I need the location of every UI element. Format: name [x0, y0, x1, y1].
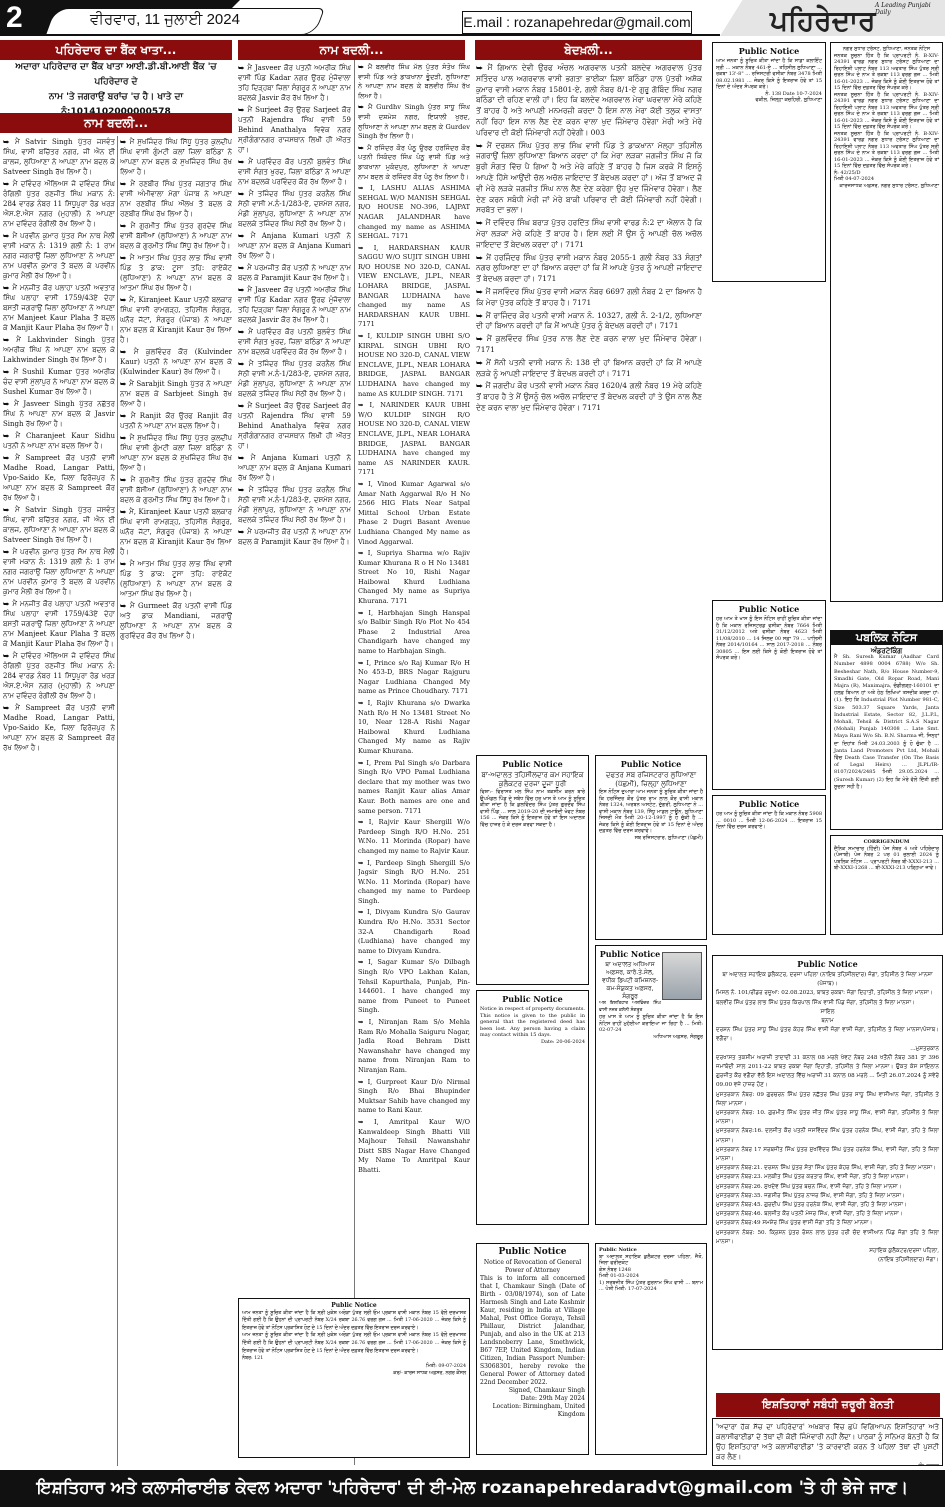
list-item: ਮੁਸਤਰਕਾਨ ਨੰਬਰ: 09 ਗੁਰਚਰਨ ਸਿੰਘ ਪੁੱਤਰ ਨਛੱਤ…	[716, 1091, 939, 1109]
eviction-column: ➥ ਮੈਂ ਗਿਆਨ ਦੇਵੀ ਉਰਫ ਅੰਚਲ ਅਗਰਵਾਲ ਪਤਨੀ ਬਲਦ…	[476, 63, 702, 735]
notice-date: Date: 29th May 2024	[480, 1395, 585, 1403]
list-item: ➥ ਮੈਂ ਸੁਖਜਿੰਦਰ ਸਿੰਘ ਸਿੱਧੂ ਪੁੱਤਰ ਕੁਲਦੀਪ ਸ…	[120, 137, 232, 177]
list-item: ➥ I, Niranjan Ram S/o Mehla Ram R/o Moha…	[358, 1018, 470, 1076]
list-item: ➥ ਮੈਂ ਤਜਿੰਦਰ ਸਿੰਘ ਪੁੱਤਰ ਕਰਨੈਲ ਸਿੰਘ ਸੇਠੀ …	[238, 189, 351, 229]
notice-body: ਆਮ ਜਨਤਾ ਨੂੰ ਸੂਚਿਤ ਕੀਤਾ ਜਾਂਦਾ ਹੈ ਕਿ ਸ੍ਰੀ …	[242, 1310, 466, 1333]
list-item: ➥ I, KULDIP SINGH UBHI S/O KIRPAL SINGH …	[358, 332, 470, 399]
header-email[interactable]: E.mail : rozanapehredar@gmail.com	[462, 11, 692, 34]
list-item: ➥ ਮੈਂ Ranjit ਕੌਰ ਉਰਫ Ranjit ਕੌਰ ਪਤਨੀ ਨੇ …	[120, 411, 232, 431]
notice-body: ਜਨਤਕ ਸੂਚਨਾ ਹਿੱਤ ਹੈ ਕਿ ਪ੍ਰਾਪਰਟੀ ਨੰ. B-XIV…	[834, 53, 939, 92]
tagline: A Leading Punjabi Daily	[875, 2, 945, 16]
name-change-heading-2: ਨਾਮ ਬਦਲੀ...	[238, 40, 465, 60]
list-item: ➥ ਮੈਂ ਮਨਜੀਤ ਕੌਰ ਪਲਾਹਾ ਪਤਨੀ ਅਵਤਾਰ ਸਿੰਘ ਪਲ…	[3, 599, 115, 649]
list-item: ➥ ਮੈਂ ਸੁਖਜਿੰਦਰ ਸਿੰਘ ਸਿੱਧੂ ਪੁੱਤਰ ਕੁਲਦੀਪ ਸ…	[120, 433, 232, 473]
list-item: ➥ I, LASHU ALIAS ASHIMA SEHGAL W/O MANIS…	[358, 184, 470, 242]
list-item: ➥ I, Amritpal Kaur W/O Kanwaldeep Singh …	[358, 1118, 470, 1176]
notice-case: ਮਿਸਲ ਨੰ. 101/ਰੀਡਰ ਰਜੂਆ: 02.08.2023, ਬਾਬਤ…	[716, 989, 939, 998]
notice-body: ਮੈਂ Sh. Suresh Kumar (Aadhar Card Number…	[834, 654, 939, 791]
list-item: ➥ ਮੈਂ ਆਤਮ ਸਿੰਘ ਪੁੱਤਰ ਲਾਭ ਸਿੰਘ ਵਾਸੀ ਪਿੰਡ …	[120, 253, 232, 293]
eviction-heading: ਬੇਦਖ਼ਲੀ...	[475, 40, 702, 60]
list-item: ➥ ਮੈਂ Jasveer ਕੌਰ ਪਤਨੀ ਅਮਰੀਕ ਸਿੰਘ ਵਾਸੀ ਪ…	[238, 285, 351, 325]
list-item: ➥ ਮੈਂ ਕੁਲਵਿੰਦਰ ਸਿੰਘ ਪੁੱਤਰ ਨਾਲ ਲੈਣ ਦੇਣ ਕਰ…	[476, 334, 702, 356]
bank-section-heading: ਪਹਿਰੇਦਾਰ ਦਾ ਬੈਂਕ ਖਾਤਾ...	[0, 40, 232, 60]
list-item: ਮੁਸਤਰਕਾਨ ਨੰਬਰ:45. ਗੁਰਦੀਪ ਸਿੰਘ ਪੁੱਤਰ ਹਰਨੇ…	[716, 1201, 939, 1210]
notice-body: ਵਿਸ਼ਾ:- ਵਿਰਾਸਤ ਮਲ ਸਿੰਘ ਨਾਮ ਤਕਸੀਮ ਕਰਨ ਬਾਰ…	[480, 789, 585, 828]
notice-signature: ਸਹਾਇਕ ਕੁਲੈਕਟਰ/ਦਰਜਾ ਪਹਿਲਾ,	[716, 1247, 939, 1256]
list-item: ➥ ਮੈਂ ਰਾਜਿੰਦਰ ਕੌਰ ਪਤਨੀ ਵਾਸੀ ਮਕਾਨ ਨੰ. 103…	[476, 311, 702, 333]
corrigendum-notice: CORRIGENDUM ਦੈਨਿਕ ਸਮਾਚਾਰ (ਹਿੰਦੀ) ਪੇਜ ਨੰਬ…	[830, 835, 943, 935]
notice-applicant: ਬਲਵੀਰ ਸਿੰਘ ਪੁੱਤਰ ਲਾਭ ਸਿੰਘ ਪੁੱਤਰ ਕਿਰਪਾਲ ਸ…	[716, 999, 939, 1008]
advice-box: 'ਅਦਾਰਾ ਹੱਕ ਸੱਚ ਦਾ ਪਹਿਰੇਦਾਰ' ਅਖ਼ਬਾਰ ਵਿੱਚ …	[712, 1418, 943, 1466]
public-notice-right-top: Public Notice ਆਮ ਜਨਤਾ ਨੂੰ ਸੂਚਿਤ ਕੀਤਾ ਜਾਂ…	[712, 42, 826, 282]
list-item: ➥ I, Prem Pal Singh s/o Darbara Singh R/…	[358, 759, 470, 817]
list-item: ➥ ਮੈਂ ਪਰਵਿੰਦਰ ਕੌਰ ਪਤਨੀ ਬੁਲਵੰਤ ਸਿੰਘ ਵਾਸੀ …	[238, 157, 351, 187]
notice-title: Public Notice	[599, 759, 703, 769]
list-item: ➥ ਮੈਂ ਤਜਿੰਦਰ ਸਿੰਘ ਪੁੱਤਰ ਕਰਨੈਲ ਸਿੰਘ ਸੇਠੀ …	[238, 485, 351, 525]
list-item: ➥ ਮੈਂ ਤਜਿੰਦਰ ਸਿੰਘ ਪੁੱਤਰ ਕਰਨੈਲ ਸਿੰਘ ਸੇਠੀ …	[238, 359, 351, 399]
list-item: ➥ ਮੈਂ ਹਰਜਿੰਦਰ ਸਿੰਘ ਪੁੱਤਰ ਵਾਸੀ ਮਕਾਨ ਨੰਬਰ …	[476, 253, 702, 285]
notice-body: ਆਮ ਜਨਤਾ ਨੂੰ ਸੂਚਿਤ ਕੀਤਾ ਜਾਂਦਾ ਹੈ ਕਿ ਸ੍ਰੀ …	[242, 1332, 466, 1355]
notice-subtitle: ਦਫਤਰ ਸਬ ਰਜਿਸਟਰਾਰ ਲੁਧਿਆਣਾ (ਪੱਛਮੀ), ਜ਼ਿਲ੍ਹ…	[599, 771, 703, 789]
public-notice-mansa: Public Notice ਬਾ ਅਦਾਲਤ ਸਹਾਇਕ ਕੁਲੈਕਟਰ, ਦਰ…	[712, 955, 943, 1350]
notice-body: ਜਨਤਕ ਸੂਚਨਾ ਹਿੱਤ ਹੈ ਕਿ ਪ੍ਰਾਪਰਟੀ ਨੰ. B-XIV…	[834, 92, 939, 131]
notice-photo	[662, 952, 702, 1000]
column-divider	[354, 60, 355, 1465]
notice-subtitle: ਬਾ ਅਦਾਲਤ ਸਹਾਇਕ ਕੁਲੈਕਟਰ, ਦਰਜਾ ਪਹਿਲਾ (ਨਾਇਬ…	[716, 971, 939, 989]
list-item: ➥ ਮੈਂ ਰਜਿੰਦਰ ਕੌਰ ਪੰਨੂ ਉਰਫ ਹਰਜਿੰਦਰ ਕੌਰ ਪਤ…	[358, 144, 470, 182]
list-item: ➥ ਮੈਂ ਰਣਬੀਰ ਸਿੰਘ ਪੁੱਤਰ ਜਗਤਾਰ ਸਿੰਘ ਵਾਸੀ ਅ…	[120, 179, 232, 219]
list-item: ➥ I, Prince s/o Raj Kumar R/o H No 453-D…	[358, 659, 470, 697]
notice-signature: (ਨਾਇਬ ਤਹਿਸੀਲਦਾਰ) ਜੋਗਾ।	[716, 1256, 939, 1265]
list-item: ➥ ਮੈਂ ਬਲਵੀਰ ਸਿੰਘ ਮੱਲ ਪੁੱਤਰ ਸੰਤੋਖ ਸਿੰਘ ਵਾ…	[358, 63, 470, 101]
list-item: ➥ ਮੈਂ ਗੁਰਮੀਤ ਸਿੰਘ ਪੁੱਤਰ ਗੁਰਦੇਵ ਸਿੰਘ ਵਾਸੀ…	[120, 475, 232, 505]
list-item: ਮੁਸਤਰਕਾਨ ਨੰਬਰ 17 ਸਰਬਜੀਤ ਸਿੰਘ ਪੁੱਤਰ ਸੁਖਵਿ…	[716, 1146, 939, 1164]
notice-signature: ਵਕੀਲ, ਜ਼ਿਲ੍ਹਾ ਕਚਹਿਰੀ, ਲੁਧਿਆਣਾ	[716, 97, 822, 104]
list-item: ➥ I, Pardeep Singh Shergill S/o Jagsir S…	[358, 859, 470, 907]
list-item: ➥ ਮੈਂ ਪਰਵਿੰਦਰ ਕੌਰ ਪਤਨੀ ਬੁਲਵੰਤ ਸਿੰਘ ਵਾਸੀ …	[238, 327, 351, 357]
list-item: ➥ I, Rajvir Kaur Shergill W/o Pardeep Si…	[358, 818, 470, 856]
list-item: ➥ ਮੈਂ ਗਿਆਨ ਦੇਵੀ ਉਰਫ ਅੰਚਲ ਅਗਰਵਾਲ ਪਤਨੀ ਬਲਦ…	[476, 63, 702, 139]
list-item: ➥ ਮੈਂ Surjeet ਕੌਰ ਉਰਫ Sarjeet ਕੌਰ ਪਤਨੀ R…	[238, 105, 351, 155]
notice-title: Public Notice	[716, 604, 822, 614]
list-item: ➥ I, Rajiv Khurana s/o Dwarka Nath R/o H…	[358, 699, 470, 757]
list-item: ਮੁਸਤਰਕਾਨ ਨੰਬਰ:23. ਮਲਕੀਤ ਸਿੰਘ ਪੁੱਤਰ ਕਰਤਾਰ…	[716, 1173, 939, 1182]
bank-line-1: ਅਦਾਰਾ ਪਹਿਰੇਦਾਰ ਦਾ ਬੈਂਕ ਖਾਤਾ ਆਈ.ਡੀ.ਬੀ.ਆਈ …	[0, 60, 232, 90]
list-item: ➥ I, Supriya Sharma w/o Rajiv Kumar Khur…	[358, 549, 470, 607]
notice-location: Location: Birmingham, United Kingdom	[480, 1403, 585, 1419]
issue-date: ਵੀਰਵਾਰ, 11 ਜੁਲਾਈ 2024	[90, 11, 240, 28]
column-divider	[117, 136, 118, 1466]
list-item: ➥ I, NARINDER KAUR UBHI W/O KULDIP SINGH…	[358, 401, 470, 478]
newspaper-logo: ਪਹਿਰੇਦਾਰ	[770, 4, 876, 38]
advice-body: 'ਅਦਾਰਾ ਹੱਕ ਸੱਚ ਦਾ ਪਹਿਰੇਦਾਰ' ਅਖ਼ਬਾਰ ਵਿੱਚ …	[716, 1422, 939, 1462]
notice-signature: ਕਾਰਜਸਾਧਕ ਅਫ਼ਸਰ, ਨਗਰ ਸੁਧਾਰ ਟਰੱਸਟ, ਲੁਧਿਆਣਾ	[834, 183, 939, 190]
list-item: ➥ ਮੈਂ ਪਰਵੀਨ ਕੁਮਾਰ ਪੁੱਤਰ ਸੋਮ ਨਾਥ ਮੈਲੀ ਵਾਸ…	[3, 547, 115, 597]
notice-title: Public Notice	[480, 759, 585, 769]
list-item: ➥ ਮੈਂ ਆਤਮ ਸਿੰਘ ਪੁੱਤਰ ਲਾਭ ਸਿੰਘ ਵਾਸੀ ਪਿੰਡ …	[120, 559, 232, 599]
list-item: ➥ ਮੈਂ Anjana Kumari ਪਤਨੀ ਨੇ ਆਪਣਾ ਨਾਮ ਬਦਲ…	[238, 453, 351, 483]
list-item: ➥ ਮੈਂ Lakhvinder Singh ਪੁੱਤਰ ਅਮਰੀਕ ਸਿੰਘ …	[3, 335, 115, 365]
list-item: ਮੁਸਤਰਕਾਨ ਨੰਬਰ:35. ਜਗਸੀਰ ਸਿੰਘ ਪੁੱਤਰ ਨਾਜਰ …	[716, 1192, 939, 1201]
public-notice-jaito: Public Notice ਬਾ ਅਦਾਲਤ ਸਹਾਇਕ ਕੁਲੈਕਟਰ ਦਰਜ…	[595, 1243, 707, 1455]
photo-caption: ਅਸ਼ ਇਸ਼ਤਿਹਾਰ ਅਸ਼ਵਿੰਦਰ ਸਿੰਘ ਵਾਸੀ ਨਜ਼ਰ ਕਲੋ…	[599, 1001, 703, 1014]
list-item: ਮੁਸਤਰਕਾਨ ਨੰਬਰ:16. ਦਲਜੀਤ ਕੌਰ ਪਤਨੀ ਜਸਵਿੰਦਰ…	[716, 1127, 939, 1145]
list-item: ➥ ਮੈਂ ਦਵਿੰਦਰ ਔਲਿਅਸ ਜੋ ਦਵਿੰਦਰ ਸਿੰਘ ਰੰਗਿਲੀ…	[3, 179, 115, 229]
list-item: ➥ ਮੈਂ ਪਰਵੀਨ ਕੁਮਾਰ ਪੁੱਤਰ ਸੋਮ ਨਾਥ ਮੈਲੀ ਵਾਸ…	[3, 231, 115, 281]
list-item: ➥ ਮੈਂ Gurdhv Singh ਪੁੱਤਰ ਸਾਧੂ ਸਿੰਘ ਵਾਸੀ …	[358, 103, 470, 141]
notice-body: ਹਰ ਆਮ ਨੂੰ ਸੂਚਿਤ ਕੀਤਾ ਜਾਂਦਾ ਹੈ ਕਿ ਮਕਾਨ ਨੰ…	[716, 811, 822, 831]
notice-body: ਦਰਖਾਸਤ ਤਕਸੀਮ ਅਰਾਜ਼ੀ ਤਾਦਾਦੀ 31 ਕਨਾਲ 08 ਮਰ…	[716, 1054, 939, 1091]
list-item: ➥ ਮੈਂ Anjana Kumari ਪਤਨੀ ਨੇ ਆਪਣਾ ਨਾਮ ਬਦਲ…	[238, 231, 351, 261]
notice-body: ਇਸ ਨੋਟਿਸ ਦੁਆਰਾ ਆਮ ਜਨਤਾ ਨੂੰ ਸੂਚਿਤ ਕੀਤਾ ਜਾ…	[599, 789, 703, 835]
public-notice-improvement-trust: ਨਗਰ ਸੁਧਾਰ ਟਰੱਸਟ, ਲੁਧਿਆਣਾ, ਜਨਤਕ ਨੋਟਿਸ ਜਨਤ…	[830, 42, 943, 602]
list-item: ਮੁਸਤਰਕਾਨ ਨੰਬਰ:49 ਸਮਸ਼ੇਰ ਸਿੰਘ ਪੁੱਤਰ ਵਾਸੀ …	[716, 1219, 939, 1228]
list-item: ➥ ਮੈਂ ਜਸਵਿੰਦਰ ਸਿੰਘ ਪੁੱਤਰ ਵਾਸੀ ਮਕਾਨ ਨੰਬਰ …	[476, 287, 702, 309]
notice-signature: ਅਧਿਆਸ ਅਫ਼ਸਰ, ਸੰਗਰੂਰ	[599, 1034, 703, 1041]
list-item: ਮੁਸਤਰਕਾਨ ਨੰਬਰ:46. ਬਲਜੀਤ ਕੌਰ ਪਤਨੀ ਮੇਜਰ ਸਿ…	[716, 1210, 939, 1219]
notice-band: ਪਬਲਿਕ ਨੋਟਿਸ	[831, 631, 942, 645]
advice-signature: ਸੰਪਾਦਕ	[716, 1462, 939, 1466]
list-item: ➥ I, Vinod Kumar Agarwal s/o Amar Nath A…	[358, 480, 470, 547]
notice-ref: ਨੰਬਰ: 121	[242, 1355, 466, 1363]
public-notice-long: Public Notice ਆਮ ਜਨਤਾ ਨੂੰ ਸੂਚਿਤ ਕੀਤਾ ਜਾਂ…	[238, 1298, 470, 1458]
list-item: ➥ I, Gurpreet Kaur D/o Nirmal Singh R/o …	[358, 1078, 470, 1116]
notice-body: ਹਰ ਖਾਸ ਤੇ ਆਮ ਨੂੰ ਸੂਚਿਤ ਕੀਤਾ ਜਾਂਦਾ ਹੈ ਕਿ …	[599, 1014, 703, 1034]
list-item: ➥ I, Sagar Kumar S/o Dilbagh Singh R/o V…	[358, 958, 470, 1016]
list-item: ਮੁਸਤਰਕਾਨ ਨੰਬਰ: 10. ਗੁਰਮੀਤ ਸਿੰਘ ਪੁੱਤਰ ਜੀਤ…	[716, 1109, 939, 1127]
list-item: ਮੁਸਤਰਕਾਨ ਨੰਬਰ:21. ਦਰਸ਼ਨ ਸਿੰਘ ਪੁੱਤਰ ਸੰਤਾ …	[716, 1164, 939, 1173]
notice-respondent: ਦਰਸ਼ਨ ਸਿੰਘ ਪੁੱਤਰ ਸਾਧੂ ਸਿੰਘ ਪੁੱਤਰ ਕੇਹਰ ਸਿ…	[716, 1026, 939, 1044]
list-item: ➥ ਮੈਂ ਮਨਜੀਤ ਕੌਰ ਪਲਾਹਾ ਪਤਨੀ ਅਵਤਾਰ ਸਿੰਘ ਪਲ…	[3, 283, 115, 333]
list-item: ➥ ਮੈਂ Gurmeet ਕੌਰ ਪਤਨੀ ਵਾਸੀ ਪਿੰਡ ਅਤੇ ਡਾਕ…	[120, 601, 232, 641]
notice-body: This is to inform all concerned that I, …	[480, 1275, 585, 1387]
notice-respondent-label: ...ਮੁਸਤਰਕਾਨ	[716, 1045, 939, 1054]
notice-title: Public Notice	[716, 799, 822, 809]
list-item: ➥ ਮੈਂ, Kiranjeet Kaur ਪਤਨੀ ਬਲਕਾਰ ਸਿੰਘ ਵਾ…	[120, 295, 232, 345]
notice-body: Notice in respect of property documents.…	[480, 1006, 585, 1039]
list-item: ➥ ਮੈਂ Charanjeet Kaur Sidhu ਪਤਨੀ ਨੇ ਆਪਣਾ…	[3, 431, 115, 451]
notice-title: Public Notice	[716, 959, 939, 969]
list-item: ➥ ਮੈਂ ਦਵਿੰਦਰ ਸਿੰਘ ਬਰਾੜ ਪੁੱਤਰ ਹਰਦਿੱਤ ਸਿੰਘ…	[476, 218, 702, 250]
list-item: ➥ ਮੈਂ Sampreet ਕੌਰ ਪਤਨੀ ਵਾਸੀ Madhe Road,…	[3, 453, 115, 503]
notice-signature: ਕਰ/- ਕਾਰਜ ਸਾਧਕ ਅਫ਼ਸਰ, ਨਗਰ ਕੌਂਸਲ	[242, 1370, 466, 1378]
notice-versus: ਬਨਾਮ	[716, 1017, 939, 1026]
list-item: ➥ ਮੈਂ Sarabjit Singh ਪੁੱਤਰ ਨੇ ਆਪਣਾ ਨਾਮ ਬ…	[120, 379, 232, 409]
notice-subtitle: ਬਾ ਅਦਾਲਤ ਸਹਾਇਕ ਕੁਲੈਕਟਰ ਦਰਜਾ ਪਹਿਲਾ, ਜੈਤੋ,…	[599, 1254, 703, 1267]
name-change-column-1: ➥ ਮੈਂ Satvir Singh ਪੁੱਤਰ ਜਸਵੰਤ ਸਿੰਘ, ਵਾਸ…	[3, 137, 115, 1467]
notice-applicant-label: ਸਾਇਲ	[716, 1008, 939, 1017]
list-item: ➥ ਮੈਂ Satvir Singh ਪੁੱਤਰ ਜਸਵੰਤ ਸਿੰਘ, ਵਾਸ…	[3, 505, 115, 545]
list-item: ➥ ਮੈਂ Jasveer Singh ਪੁੱਤਰ ਨਛੱਤਰ ਸਿੰਘ ਨੇ …	[3, 399, 115, 429]
public-notice-tehsildar: Public Notice ਬਾ-ਅਦਾਲਤ ਤਹਿਸੀਲਦਾਰ ਕਮ ਸਹਾਇ…	[476, 755, 589, 985]
name-change-column-4: ➥ ਮੈਂ ਬਲਵੀਰ ਸਿੰਘ ਮੱਲ ਪੁੱਤਰ ਸੰਤੋਖ ਸਿੰਘ ਵਾ…	[358, 63, 470, 1293]
notice-subtitle: Notice of Revocation of General Power of…	[480, 1259, 585, 1275]
list-item: ➥ ਮੈਂ Sushil Kumar ਪੁੱਤਰ ਅਮਰੀਕ ਚੰਦ ਵਾਸੀ …	[3, 367, 115, 397]
list-item: ➥ ਮੈਂ Surjeet ਕੌਰ ਉਰਫ Sarjeet ਕੌਰ ਪਤਨੀ R…	[238, 401, 351, 451]
notice-date: Date: 20-06-2024	[480, 1039, 585, 1046]
list-item: ➥ ਮੈਂ ਕੁਲਵਿੰਦਰ ਕੌਰ (Kulvinder Kaur) ਪਤਨੀ…	[120, 347, 232, 377]
list-item: ➥ ਮੈਂ ਜਗਦੀਪ ਕੌਰ ਪਤਨੀ ਵਾਸੀ ਮਕਾਨ ਨੰਬਰ 1620…	[476, 381, 702, 413]
public-notice-small: Public Notice ਹਰ ਆਮ ਨੂੰ ਸੂਚਿਤ ਕੀਤਾ ਜਾਂਦਾ…	[712, 795, 826, 935]
notice-body: ਦੈਨਿਕ ਸਮਾਚਾਰ (ਹਿੰਦੀ) ਪੇਜ ਨੰਬਰ 4 ਅਤੇ ਪਹਿਰ…	[834, 846, 939, 872]
public-notice-right-2: Public Notice ਹਰ ਆਮ ਤੇ ਖਾਸ ਨੂੰ ਇਸ ਨੋਟਿਸ …	[712, 600, 826, 790]
list-item: ਮੁਸਤਰਕਾਨ ਨੰਬਰ: 50. ਕ੍ਰਿਸ਼ਨ ਪੁੱਤਰ ਰੋਸ਼ਨ ਲ…	[716, 1229, 939, 1247]
advice-heading: ਇਸ਼ਤਿਹਾਰਾਂ ਸਬੰਧੀ ਜ਼ਰੂਰੀ ਬੇਨਤੀ	[716, 1393, 940, 1417]
list-item: ➥ ਮੈਂ ਸੋਨੀ ਪਤਨੀ ਵਾਸੀ ਮਕਾਨ ਨੰ: 138 ਦੀ ਹਾਂ…	[476, 358, 702, 380]
notice-title: Public Notice	[242, 1302, 466, 1310]
list-item: ➥ ਮੈਂ, Kiranjeet Kaur ਪਤਨੀ ਬਲਕਾਰ ਸਿੰਘ ਵਾ…	[120, 507, 232, 557]
list-item: ➥ ਮੈਂ ਦਵਿੰਦਰ ਔਲਿਅਸ ਜੋ ਦਵਿੰਦਰ ਸਿੰਘ ਰੰਗਿਲੀ…	[3, 651, 115, 701]
notice-subtitle: ਬਾ-ਅਦਾਲਤ ਤਹਿਸੀਲਦਾਰ ਕਮ ਸਹਾਇਕ ਕੁਲੈਕਟਰ ਦਰਜਾ…	[480, 771, 585, 789]
list-item: ➥ ਮੈਂ Sampreet ਕੌਰ ਪਤਨੀ ਵਾਸੀ Madhe Road,…	[3, 703, 115, 753]
notice-date: ਮਿਤੀ: 09-07-2024	[242, 1363, 466, 1371]
list-item: ➥ ਮੈਂ ਪਰਮਜੀਤ ਕੌਰ ਪਤਨੀ ਨੇ ਆਪਣਾ ਨਾਮ ਬਦਲ ਕੇ…	[238, 527, 351, 547]
list-item: ➥ I, Divyam Kundra S/o Gaurav Kundra R/o…	[358, 908, 470, 956]
list-item: ➥ ਮੈਂ Jasveer ਕੌਰ ਪਤਨੀ ਅਮਰੀਕ ਸਿੰਘ ਵਾਸੀ ਪ…	[238, 63, 351, 103]
notice-body: ਹਰ ਆਮ ਤੇ ਖਾਸ ਨੂੰ ਇਸ ਨੋਟਿਸ ਰਾਹੀਂ ਸੂਚਿਤ ਕੀ…	[716, 616, 822, 662]
notice-title: Public Notice	[716, 46, 822, 56]
name-change-column-3: ➥ ਮੈਂ Jasveer ਕੌਰ ਪਤਨੀ ਅਮਰੀਕ ਸਿੰਘ ਵਾਸੀ ਪ…	[238, 63, 351, 1293]
masthead: 2 ਵੀਰਵਾਰ, 11 ਜੁਲਾਈ 2024 E.mail : rozanap…	[0, 0, 945, 36]
header-rule	[0, 34, 720, 36]
list-item: ➥ I, HARDARSHAN KAUR SAGGU W/O SUJIT SIN…	[358, 244, 470, 330]
list-item: ➥ I, Harbhajan Singh Hanspal s/o Balbir …	[358, 609, 470, 657]
public-notice-revocation: Public Notice Notice of Revocation of Ge…	[476, 1243, 589, 1455]
notice-title: Public Notice	[480, 1247, 585, 1257]
notice-header: ਨਗਰ ਸੁਧਾਰ ਟਰੱਸਟ, ਲੁਧਿਆਣਾ, ਜਨਤਕ ਨੋਟਿਸ	[834, 46, 939, 53]
notice-signature: Signed, Chamkaur Singh	[480, 1387, 585, 1395]
notice-signature: ਸਬ ਰਜਿਸਟਰਾਰ, ਲੁਧਿਆਣਾ (ਪੱਛਮੀ)	[599, 835, 703, 842]
notice-title: Public Notice	[480, 994, 585, 1004]
list-item: ➥ ਮੈਂ ਦਰਸ਼ਨ ਸਿੰਘ ਪੁੱਤਰ ਲਾਭ ਸਿੰਘ ਵਾਸੀ ਪਿੰ…	[476, 141, 702, 217]
list-item: ਮੁਸਤਰਕਾਨ ਨੰਬਰ:26. ਸੁਖਦੇਵ ਸਿੰਘ ਪੁੱਤਰ ਬਚਨ …	[716, 1183, 939, 1192]
list-item: ➥ ਮੈਂ ਪਰਮਜੀਤ ਕੌਰ ਪਤਨੀ ਨੇ ਆਪਣਾ ਨਾਮ ਬਦਲ ਕੇ…	[238, 263, 351, 283]
public-notice-subregistrar: Public Notice ਦਫਤਰ ਸਬ ਰਜਿਸਟਰਾਰ ਲੁਧਿਆਣਾ (…	[595, 755, 707, 940]
notice-body: 1) ਸਰਬਜੀਤ ਸਿੰਘ ਪੁੱਤਰ ਗੁਰਨਾਮ ਸਿੰਘ ਵਾਸੀ ..…	[599, 1280, 703, 1293]
public-notice-sangrur: Public Notice ਬਾ ਅਦਾਲਤ ਅਧਿਆਸ ਅਫ਼ਸਰ, ਕਾਰੋ…	[595, 945, 707, 1225]
public-notice-patiala: Public Notice Notice in respect of prope…	[476, 990, 589, 1225]
list-item: ➥ ਮੈਂ Satvir Singh ਪੁੱਤਰ ਜਸਵੰਤ ਸਿੰਘ, ਵਾਸ…	[3, 137, 115, 177]
public-notice-undertaking: ਪਬਲਿਕ ਨੋਟਿਸ ਅੰਡਰਟੇਕਿੰਗ ਮੈਂ Sh. Suresh Ku…	[830, 630, 943, 830]
name-change-heading: ਨਾਮ ਬਦਲੀ...	[0, 113, 232, 133]
notice-body: ਜਨਤਕ ਸੂਚਨਾ ਹਿੱਤ ਹੈ ਕਿ ਪ੍ਰਾਪਰਟੀ ਨੰ. B-XIV…	[834, 131, 939, 170]
notice-body: ਆਮ ਜਨਤਾ ਨੂੰ ਸੂਚਿਤ ਕੀਤਾ ਜਾਂਦਾ ਹੈ ਕਿ ਸਾਡਾ …	[716, 58, 822, 91]
list-item: ➥ ਮੈਂ ਗੁਰਮੀਤ ਸਿੰਘ ਪੁੱਤਰ ਗੁਰਦੇਵ ਸਿੰਘ ਵਾਸੀ…	[120, 221, 232, 251]
footer-banner: ਇਸ਼ਤਿਹਾਰ ਅਤੇ ਕਲਾਸੀਫਾਈਡ ਕੇਵਲ ਅਦਾਰਾ 'ਪਹਿਰੇ…	[0, 1470, 945, 1507]
name-change-column-2: ➥ ਮੈਂ ਸੁਖਜਿੰਦਰ ਸਿੰਘ ਸਿੱਧੂ ਪੁੱਤਰ ਕੁਲਦੀਪ ਸ…	[120, 137, 232, 1467]
